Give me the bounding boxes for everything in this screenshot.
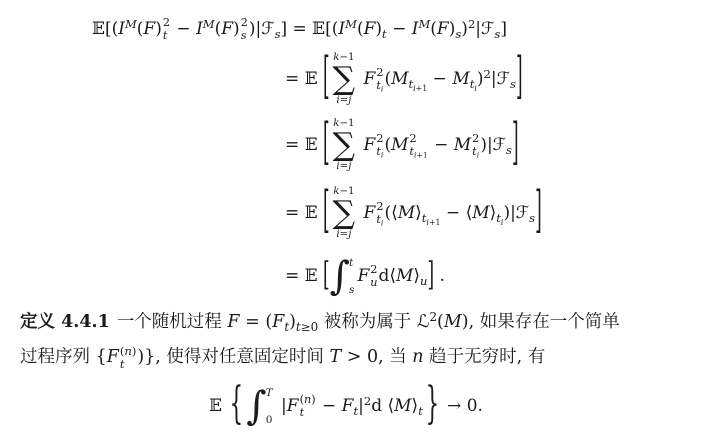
definition-display-equation: 𝔼 {∫T0 |F(n)t − Ft|2d ⟨M⟩t} → 0. [0, 377, 692, 435]
derivation-step-3: = 𝔼 [k−1∑i=j F2ti(M2ti+1 − M2ti)|ℱs] [285, 113, 519, 177]
derivation-step-2: = 𝔼 [k−1∑i=j F2ti(Mti+1 − Mti)2|ℱs] [285, 47, 523, 111]
definition-line-1: 定义 4.4.1一个随机过程 F = (Ft)t≥0 被称为属于 ℒ2(M), … [20, 305, 700, 340]
derivation-step-4: = 𝔼 [k−1∑i=j F2ti(⟨M⟩ti+1 − ⟨M⟩ti)|ℱs] [285, 179, 542, 247]
definition-line-2: 过程序列 {F(n)t)}, 使得对任意固定时间 T > 0, 当 n 趋于无穷… [20, 340, 700, 375]
definition-label: 定义 4.4.1 [20, 312, 110, 332]
definition-paragraph: 定义 4.4.1一个随机过程 F = (Ft)t≥0 被称为属于 ℒ2(M), … [20, 305, 700, 375]
derivation-step-5: = 𝔼 [∫tsF2ud⟨M⟩u] . [285, 251, 445, 301]
document-page: 𝔼[(IM(F)2t − IM(F)2s)|ℱs] = 𝔼[(IM(F)t − … [0, 0, 714, 439]
definition-line-1-text: 一个随机过程 F = (Ft)t≥0 被称为属于 ℒ2(M), 如果存在一个简单 [117, 312, 620, 332]
derivation-line-1: 𝔼[(IM(F)2t − IM(F)2s)|ℱs] = 𝔼[(IM(F)t − … [92, 12, 507, 46]
